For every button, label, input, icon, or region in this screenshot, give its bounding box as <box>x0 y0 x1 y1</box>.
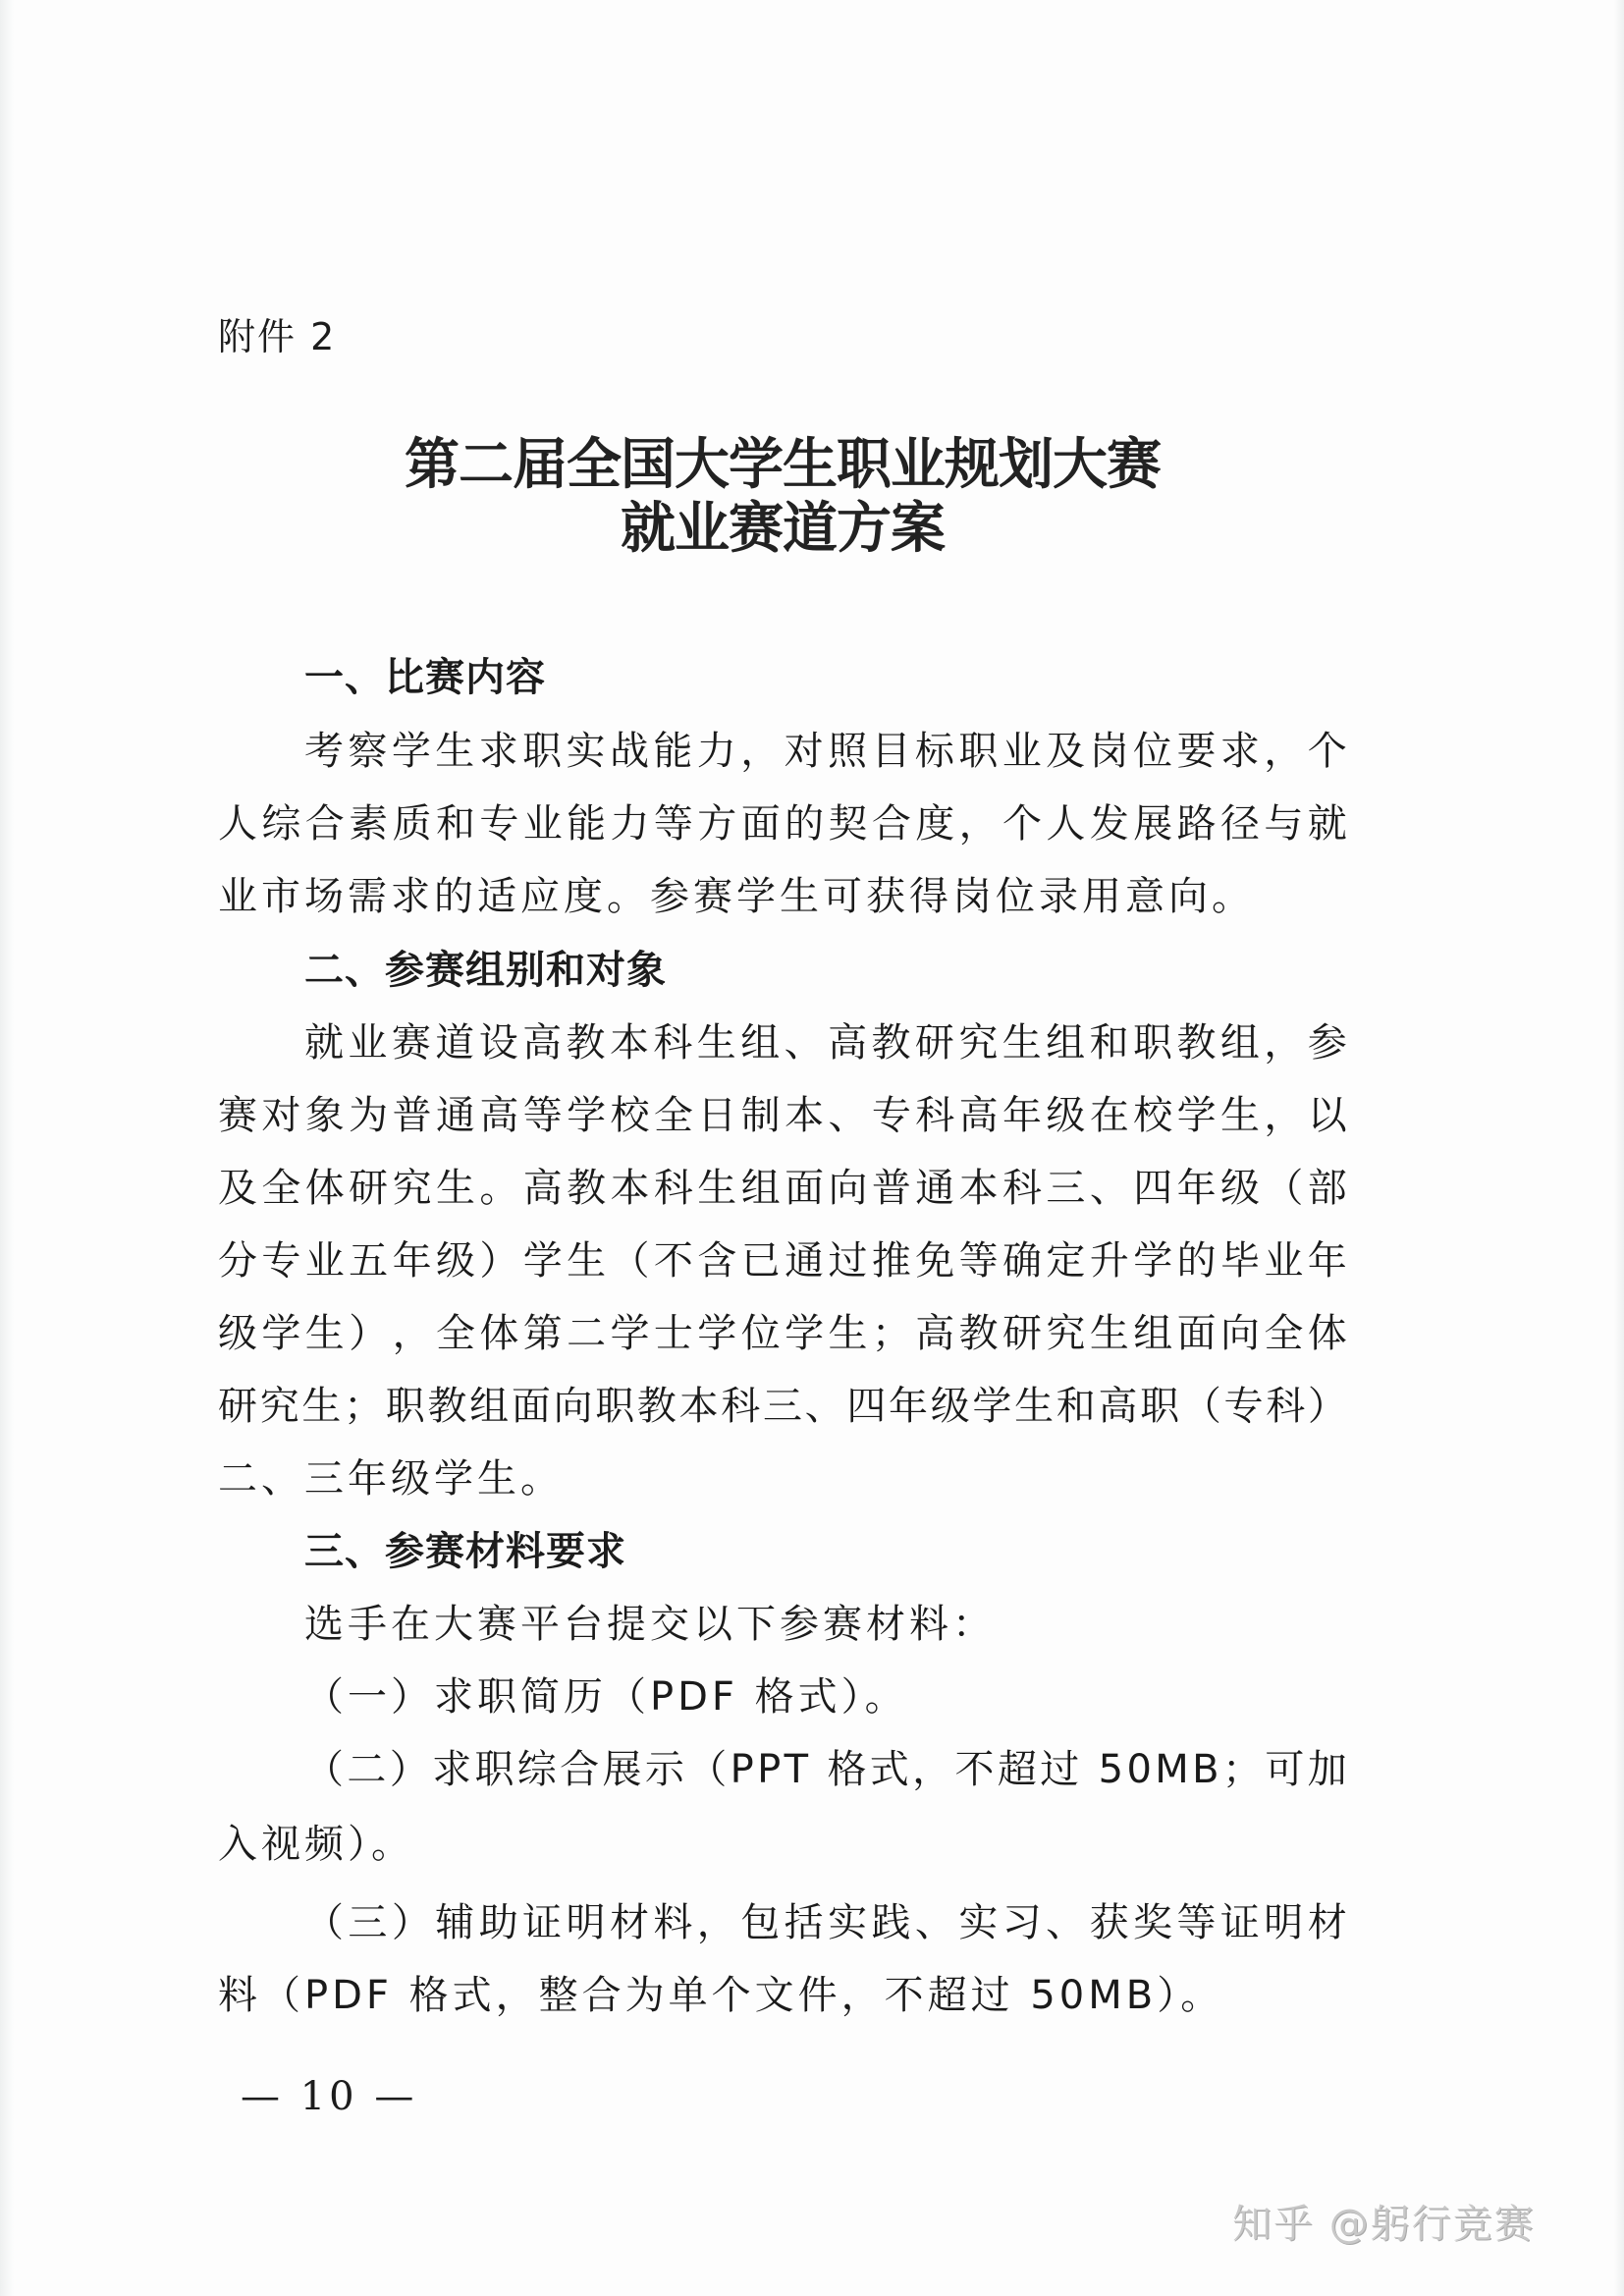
glyph: 毕 <box>1220 1233 1260 1288</box>
glyph: 究 <box>260 1379 299 1434</box>
glyph: 级 <box>218 1306 257 1361</box>
glyph: 学 <box>785 1306 824 1361</box>
glyph: 高 <box>1098 1379 1137 1434</box>
glyph: ； <box>344 1379 383 1434</box>
section-heading-2: 二、参赛组别和对象 <box>304 943 667 998</box>
glyph: 日 <box>697 1088 736 1143</box>
glyph: 级 <box>931 1379 970 1434</box>
glyph: 不 <box>955 1742 995 1797</box>
glyph: 全 <box>654 1088 693 1143</box>
glyph: 等 <box>959 1233 999 1288</box>
glyph: ， <box>393 1306 432 1361</box>
glyph: B <box>1192 1742 1218 1797</box>
glyph: 个 <box>1308 724 1347 779</box>
glyph: 辅 <box>435 1895 474 1950</box>
glyph: 校 <box>1133 1088 1172 1143</box>
glyph: 标 <box>915 724 954 779</box>
glyph: 教 <box>427 1379 466 1434</box>
glyph: 研 <box>1002 1306 1042 1361</box>
glyph: 体 <box>305 1161 345 1216</box>
glyph: 专 <box>1224 1379 1264 1434</box>
glyph: 察 <box>348 724 387 779</box>
glyph: ） <box>1308 1379 1347 1434</box>
glyph: 第 <box>523 1306 563 1361</box>
glyph: 教 <box>871 1015 910 1070</box>
glyph: P <box>731 1742 754 1797</box>
glyph: 高 <box>959 1088 999 1143</box>
glyph: 全 <box>436 1306 475 1361</box>
glyph: 道 <box>435 1015 474 1070</box>
glyph: 学 <box>1177 1088 1217 1143</box>
glyph: 求 <box>479 724 518 779</box>
glyph: 设 <box>479 1015 518 1070</box>
glyph: 科 <box>653 1015 692 1070</box>
glyph: 部 <box>1308 1161 1347 1216</box>
glyph: 士 <box>654 1306 693 1361</box>
glyph: 职 <box>958 724 998 779</box>
glyph: 学 <box>611 1306 650 1361</box>
glyph: 路 <box>1177 796 1217 851</box>
glyph: 面 <box>741 796 781 851</box>
paragraph-line: 业市场需求的适应度。参赛学生可获得岗位录用意向。 <box>218 869 1347 924</box>
glyph: 人 <box>218 796 257 851</box>
glyph: 生 <box>1002 1015 1042 1070</box>
glyph: 超 <box>998 1742 1037 1797</box>
glyph: 教 <box>637 1379 677 1434</box>
glyph: ） <box>392 1895 431 1950</box>
glyph: 究 <box>958 1015 998 1070</box>
glyph: ， <box>1264 1015 1303 1070</box>
list-item-line: 入视频）。 <box>218 1817 1347 1872</box>
glyph: 赛 <box>392 1015 431 1070</box>
glyph: 学 <box>392 724 431 779</box>
glyph: 合 <box>305 796 345 851</box>
glyph: 践 <box>871 1895 910 1950</box>
glyph: 证 <box>1220 1895 1260 1950</box>
scan-edge-right <box>1614 0 1624 2296</box>
glyph: 格 <box>827 1742 866 1797</box>
glyph: 面 <box>1177 1306 1217 1361</box>
glyph: 力 <box>611 796 650 851</box>
glyph: 学 <box>523 1233 563 1288</box>
glyph: 年 <box>1177 1161 1217 1216</box>
glyph: 制 <box>741 1088 781 1143</box>
glyph: 科 <box>654 1161 693 1216</box>
glyph: 及 <box>218 1161 257 1216</box>
paragraph-line: 分专业五年级）学生（不含已通过推免等确定升学的毕业年 <box>218 1233 1347 1288</box>
glyph: 展 <box>1133 796 1172 851</box>
glyph: 级 <box>436 1233 475 1288</box>
glyph: 高 <box>828 1015 867 1070</box>
glyph: 在 <box>1090 1088 1129 1143</box>
glyph: 职 <box>386 1379 425 1434</box>
glyph: ， <box>1264 724 1303 779</box>
glyph: ） <box>479 1233 518 1288</box>
glyph: 级 <box>1220 1161 1260 1216</box>
glyph: 能 <box>653 724 692 779</box>
glyph: 年 <box>393 1233 432 1288</box>
glyph: 求 <box>432 1742 471 1797</box>
glyph: 材 <box>1308 1895 1347 1950</box>
glyph: 式 <box>870 1742 909 1797</box>
glyph: 个 <box>1002 796 1042 851</box>
glyph: 的 <box>1177 1233 1217 1288</box>
glyph: 二 <box>347 1742 386 1797</box>
glyph: 力 <box>697 724 736 779</box>
glyph: 不 <box>654 1233 693 1288</box>
glyph: ） <box>349 1306 388 1361</box>
glyph: ， <box>740 724 780 779</box>
glyph: 科 <box>721 1379 760 1434</box>
section-heading-1: 一、比赛内容 <box>304 650 546 705</box>
glyph: 三 <box>763 1379 802 1434</box>
glyph: 合 <box>872 796 911 851</box>
attachment-label: 附件 2 <box>218 312 336 361</box>
document-title-line-2: 就业赛道方案 <box>0 496 1595 561</box>
paragraph-line: 人综合素质和专业能力等方面的契合度，个人发展路径与就 <box>218 796 1347 851</box>
glyph: （ <box>1264 1161 1303 1216</box>
glyph: 组 <box>469 1379 509 1434</box>
glyph: 对 <box>785 724 824 779</box>
glyph: 通 <box>915 1161 954 1216</box>
glyph: 学 <box>261 1306 300 1361</box>
glyph: 位 <box>1133 724 1172 779</box>
glyph: M <box>1155 1742 1189 1797</box>
glyph: 发 <box>1090 796 1129 851</box>
glyph: ） <box>390 1742 429 1797</box>
glyph: 本 <box>611 1161 650 1216</box>
glyph: 五 <box>349 1233 388 1288</box>
glyph: 获 <box>1090 1895 1129 1950</box>
list-item-line: （二）求职综合展示（PPT 格式，不超过 50MB；可加 <box>304 1742 1347 1797</box>
glyph: 通 <box>436 1088 475 1143</box>
paragraph-line: 赛对象为普通高等学校全日制本、专科高年级在校学生，以 <box>218 1088 1347 1143</box>
glyph: 照 <box>828 724 867 779</box>
glyph: 加 <box>1308 1742 1347 1797</box>
glyph: 三 <box>348 1895 387 1950</box>
glyph: 生 <box>828 1306 867 1361</box>
glyph: 赛 <box>218 1088 257 1143</box>
glyph: 高 <box>479 1088 518 1143</box>
glyph: 和 <box>436 796 475 851</box>
glyph: 已 <box>741 1233 781 1288</box>
glyph: 。 <box>479 1161 518 1216</box>
glyph: 体 <box>1308 1306 1347 1361</box>
glyph: 业 <box>523 796 563 851</box>
glyph: 对 <box>261 1088 300 1143</box>
glyph: 、 <box>915 1895 954 1950</box>
glyph: 为 <box>349 1088 388 1143</box>
glyph: ， <box>959 796 999 851</box>
glyph: 全 <box>1264 1306 1303 1361</box>
glyph: 要 <box>1176 724 1216 779</box>
glyph: 契 <box>828 796 867 851</box>
glyph: ， <box>912 1742 951 1797</box>
glyph: 四 <box>846 1379 886 1434</box>
glyph: 料 <box>653 1895 692 1950</box>
glyph: 及 <box>1046 724 1085 779</box>
glyph: 学 <box>567 1088 606 1143</box>
glyph: 、 <box>828 1088 867 1143</box>
glyph: 位 <box>741 1306 781 1361</box>
glyph: 人 <box>1046 796 1085 851</box>
glyph: 教 <box>567 1015 606 1070</box>
glyph: 面 <box>785 1161 824 1216</box>
glyph: 质 <box>393 796 432 851</box>
glyph: 生 <box>301 1379 341 1434</box>
glyph: 分 <box>218 1233 257 1288</box>
glyph: 专 <box>872 1088 911 1143</box>
glyph: 就 <box>1308 796 1347 851</box>
glyph: 高 <box>523 1161 563 1216</box>
glyph: 高 <box>522 1015 562 1070</box>
section-heading-3: 三、参赛材料要求 <box>304 1524 626 1579</box>
glyph: 生 <box>1220 1088 1260 1143</box>
glyph: 通 <box>785 1233 824 1288</box>
glyph: 职 <box>522 724 562 779</box>
glyph: 学 <box>1133 1233 1172 1288</box>
paragraph-line: 研究生；职教组面向职教本科三、四年级学生和高职（专科） <box>218 1379 1347 1434</box>
glyph: 与 <box>1264 796 1303 851</box>
glyph: 实 <box>958 1895 998 1950</box>
glyph: 本 <box>959 1161 999 1216</box>
glyph: 业 <box>305 1233 345 1288</box>
glyph: 本 <box>679 1379 719 1434</box>
glyph: 职 <box>1140 1379 1179 1434</box>
paragraph-line: 级学生），全体第二学士学位学生；高教研究生组面向全体 <box>218 1306 1347 1361</box>
glyph: 职 <box>474 1742 514 1797</box>
glyph: 究 <box>1046 1306 1085 1361</box>
glyph: 专 <box>479 796 518 851</box>
glyph: 生 <box>305 1306 345 1361</box>
glyph: 岗 <box>1090 724 1129 779</box>
glyph: 本 <box>785 1088 824 1143</box>
glyph: 就 <box>304 1015 344 1070</box>
glyph: 定 <box>1046 1233 1085 1288</box>
glyph: 可 <box>1265 1742 1304 1797</box>
document-page: 附件 2 第二届全国大学生职业规划大赛 就业赛道方案 一、比赛内容 考察学生求职… <box>0 0 1624 2296</box>
glyph: 明 <box>1264 1895 1303 1950</box>
glyph: 、 <box>805 1379 844 1434</box>
glyph: 升 <box>1090 1233 1129 1288</box>
glyph: 合 <box>560 1742 599 1797</box>
glyph: 度 <box>915 796 954 851</box>
glyph: 象 <box>305 1088 345 1143</box>
glyph: 研 <box>218 1379 257 1434</box>
glyph: 向 <box>554 1379 593 1434</box>
paragraph-line: 考察学生求职实战能力，对照目标职业及岗位要求，个 <box>304 724 1347 779</box>
glyph: 研 <box>349 1161 388 1216</box>
glyph: 研 <box>915 1015 954 1070</box>
glyph: ， <box>1264 1088 1303 1143</box>
glyph: P <box>757 1742 781 1797</box>
glyph: 专 <box>261 1233 300 1288</box>
glyph <box>1083 1742 1096 1797</box>
glyph: 科 <box>915 1088 954 1143</box>
glyph: （ <box>304 1895 344 1950</box>
glyph: ； <box>1222 1742 1262 1797</box>
glyph: 三 <box>1046 1161 1085 1216</box>
glyph: 级 <box>1046 1088 1085 1143</box>
glyph: 素 <box>349 796 388 851</box>
glyph: 高 <box>915 1306 954 1361</box>
glyph: 目 <box>871 724 910 779</box>
glyph: 习 <box>1002 1895 1042 1950</box>
document-title-line-1: 第二届全国大学生职业规划大赛 <box>0 432 1595 497</box>
glyph: 括 <box>785 1895 824 1950</box>
glyph: 确 <box>1002 1233 1042 1288</box>
glyph: 过 <box>1040 1742 1079 1797</box>
glyph: 含 <box>697 1233 736 1288</box>
glyph: 生 <box>1090 1306 1129 1361</box>
glyph: 普 <box>872 1161 911 1216</box>
glyph: 、 <box>1046 1895 1085 1950</box>
glyph: 综 <box>517 1742 557 1797</box>
glyph: 组 <box>741 1161 781 1216</box>
glyph: 助 <box>479 1895 518 1950</box>
glyph: 包 <box>740 1895 780 1950</box>
glyph: 生 <box>697 1015 736 1070</box>
glyph: 奖 <box>1133 1895 1172 1950</box>
glyph: 教 <box>567 1161 606 1216</box>
paragraph-line: 二、三年级学生。 <box>218 1451 1347 1506</box>
glyph: 教 <box>1176 1015 1216 1070</box>
glyph: 综 <box>261 796 300 851</box>
glyph: 能 <box>567 796 606 851</box>
glyph: 5 <box>1099 1742 1123 1797</box>
page-number: — 10 — <box>241 2072 417 2121</box>
glyph: 参 <box>1308 1015 1347 1070</box>
glyph: （ <box>304 1742 344 1797</box>
glyph: ； <box>872 1306 911 1361</box>
glyph: 向 <box>828 1161 867 1216</box>
glyph: 全 <box>261 1161 300 1216</box>
list-item-line: （三）辅助证明材料，包括实践、实习、获奖等证明材 <box>304 1895 1347 1950</box>
glyph: 组 <box>1220 1015 1260 1070</box>
glyph: 面 <box>512 1379 551 1434</box>
glyph: 组 <box>1046 1015 1085 1070</box>
glyph: 业 <box>348 1015 387 1070</box>
glyph: 等 <box>1176 1895 1216 1950</box>
glyph: 推 <box>872 1233 911 1288</box>
glyph: 实 <box>828 1895 867 1950</box>
glyph: 学 <box>697 1306 736 1361</box>
glyph: 和 <box>1090 1015 1129 1070</box>
glyph: 0 <box>1126 1742 1151 1797</box>
glyph: 职 <box>1133 1015 1172 1070</box>
glyph: 教 <box>959 1306 999 1361</box>
glyph: 向 <box>1220 1306 1260 1361</box>
glyph: 业 <box>1002 724 1042 779</box>
paragraph-line: 选手在大赛平台提交以下参赛材料： <box>304 1597 1347 1652</box>
glyph: 科 <box>1002 1161 1042 1216</box>
glyph: ， <box>697 1895 736 1950</box>
glyph: 学 <box>972 1379 1011 1434</box>
glyph: 年 <box>889 1379 928 1434</box>
glyph: 展 <box>603 1742 642 1797</box>
glyph: 普 <box>393 1088 432 1143</box>
glyph: 科 <box>1266 1379 1305 1434</box>
glyph: 职 <box>595 1379 634 1434</box>
glyph: 等 <box>523 1088 563 1143</box>
glyph: 生 <box>435 724 474 779</box>
glyph: 组 <box>1133 1306 1172 1361</box>
glyph: 体 <box>479 1306 518 1361</box>
glyph: 生 <box>1014 1379 1054 1434</box>
glyph: 和 <box>1056 1379 1096 1434</box>
glyph: 二 <box>567 1306 606 1361</box>
glyph: 考 <box>304 724 344 779</box>
glyph: 生 <box>697 1161 736 1216</box>
glyph: 、 <box>1090 1161 1129 1216</box>
paragraph-line: 就业赛道设高教本科生组、高教研究生组和职教组，参 <box>304 1015 1347 1070</box>
glyph <box>811 1742 824 1797</box>
glyph: 等 <box>654 796 693 851</box>
glyph: 生 <box>436 1161 475 1216</box>
glyph: 校 <box>611 1088 650 1143</box>
glyph: 实 <box>567 724 606 779</box>
glyph: 过 <box>828 1233 867 1288</box>
scan-edge-left <box>0 0 14 2296</box>
glyph: 生 <box>567 1233 606 1288</box>
glyph: （ <box>611 1233 650 1288</box>
glyph: 年 <box>1308 1233 1347 1288</box>
glyph: 四 <box>1133 1161 1172 1216</box>
glyph: 年 <box>1002 1088 1042 1143</box>
watermark-text: 知乎 @躬行竞赛 <box>1232 2200 1536 2249</box>
glyph: 明 <box>567 1895 606 1950</box>
glyph: （ <box>1182 1379 1221 1434</box>
glyph: 径 <box>1220 796 1260 851</box>
glyph: 组 <box>740 1015 780 1070</box>
glyph: 究 <box>393 1161 432 1216</box>
glyph: 本 <box>610 1015 649 1070</box>
glyph: 方 <box>697 796 736 851</box>
glyph: T <box>785 1742 808 1797</box>
list-item-line: （一）求职简历（PDF 格式）。 <box>304 1669 1347 1724</box>
glyph: 求 <box>1220 724 1260 779</box>
glyph: 以 <box>1308 1088 1347 1143</box>
list-item-line: 料（PDF 格式，整合为单个文件，不超过 50MB）。 <box>218 1968 1347 2023</box>
glyph: 证 <box>522 1895 562 1950</box>
glyph: 示 <box>645 1742 684 1797</box>
paragraph-line: 及全体研究生。高教本科生组面向普通本科三、四年级（部 <box>218 1161 1347 1216</box>
glyph: 、 <box>785 1015 824 1070</box>
glyph: 战 <box>610 724 649 779</box>
glyph: （ <box>687 1742 727 1797</box>
glyph: 免 <box>915 1233 954 1288</box>
glyph: 业 <box>1264 1233 1303 1288</box>
glyph: 的 <box>785 796 824 851</box>
glyph: 材 <box>610 1895 649 1950</box>
